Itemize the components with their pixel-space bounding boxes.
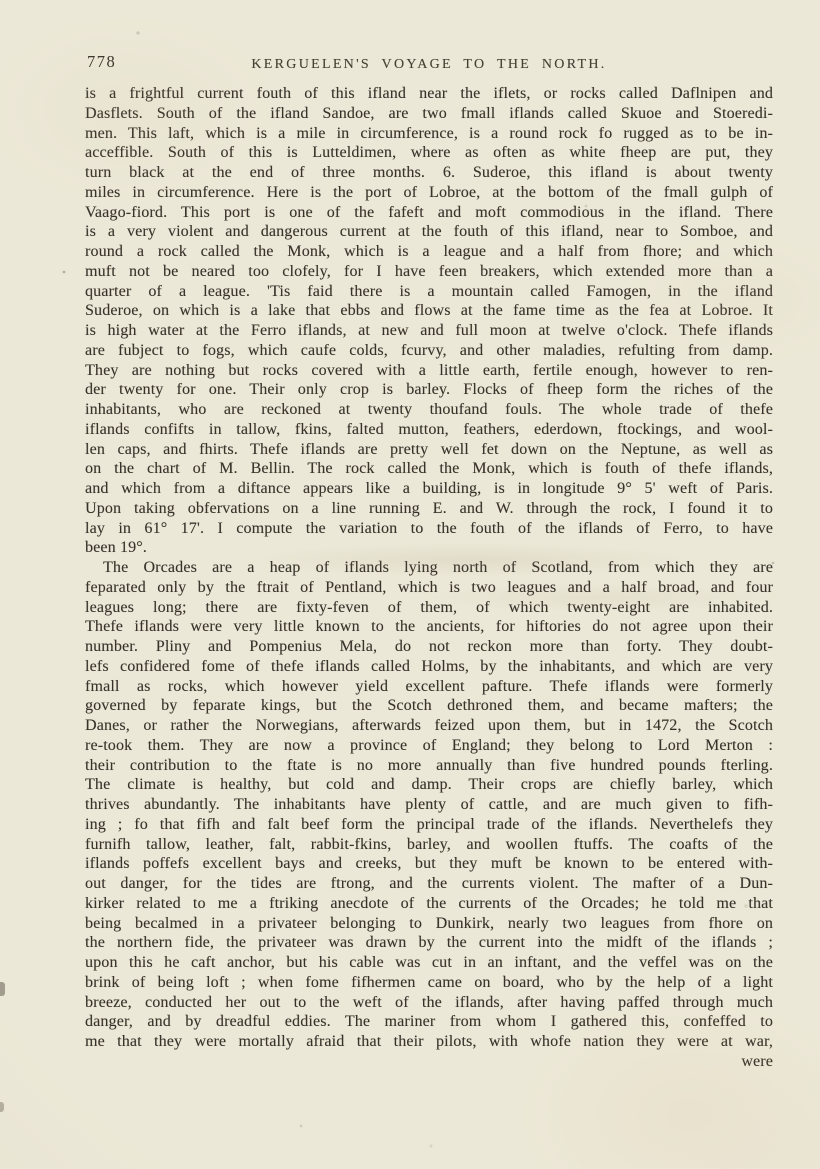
text-line: Thefe iflands were very little known to … bbox=[85, 617, 773, 637]
text-line: danger, and by dreadful eddies. The mari… bbox=[85, 1012, 773, 1032]
text-line: is a frightful current fouth of this ifl… bbox=[85, 84, 773, 104]
text-line: inhabitants, who are reckoned at twenty … bbox=[85, 400, 773, 420]
text-line: thrives abundantly. The inhabitants have… bbox=[85, 795, 773, 815]
text-line: der twenty for one. Their only crop is b… bbox=[85, 380, 773, 400]
text-line: breeze, conducted her out to the weft of… bbox=[85, 993, 773, 1013]
text-line: Dasflets. South of the ifland Sandoe, ar… bbox=[85, 104, 773, 124]
text-line: out danger, for the tides are ftrong, an… bbox=[85, 874, 773, 894]
text-line: turn black at the end of three months. 6… bbox=[85, 163, 773, 183]
text-line: Vaago-fiord. This port is one of the faf… bbox=[85, 203, 773, 223]
text-line: round a rock called the Monk, which is a… bbox=[85, 242, 773, 262]
paragraph-2: The Orcades are a heap of iflands lying … bbox=[85, 558, 773, 1052]
text-line: are fubject to fogs, which caufe colds, … bbox=[85, 341, 773, 361]
text-line: kirker related to me a ftriking anecdote… bbox=[85, 894, 773, 914]
text-line: fmall as rocks, which however yield exce… bbox=[85, 677, 773, 697]
text-line: muft not be neared too clofely, for I ha… bbox=[85, 262, 773, 282]
text-line: They are nothing but rocks covered with … bbox=[85, 361, 773, 381]
text-line: their contribution to the ftate is no mo… bbox=[85, 756, 773, 776]
text-line: re-took them. They are now a province of… bbox=[85, 736, 773, 756]
text-line: the northern fide, the privateer was dra… bbox=[85, 933, 773, 953]
running-title: KERGUELEN'S VOYAGE TO THE NORTH. bbox=[85, 55, 773, 73]
text-line: Danes, or rather the Norwegians, afterwa… bbox=[85, 716, 773, 736]
text-line: iflands confifts in tallow, fkins, falte… bbox=[85, 420, 773, 440]
paragraph-1: is a frightful current fouth of this ifl… bbox=[85, 84, 773, 558]
text-line: Suderoe, on which is a lake that ebbs an… bbox=[85, 301, 773, 321]
text-line: acceffible. South of this is Lutteldimen… bbox=[85, 143, 773, 163]
foxing-specks bbox=[0, 0, 2, 2]
text-line: The Orcades are a heap of iflands lying … bbox=[85, 558, 773, 578]
text-line: is high water at the Ferro iflands, at n… bbox=[85, 321, 773, 341]
text-line: is a very violent and dangerous current … bbox=[85, 222, 773, 242]
text-line: upon this he caft anchor, but his cable … bbox=[85, 953, 773, 973]
catchword: were bbox=[85, 1052, 773, 1072]
text-line: me that they were mortally afraid that t… bbox=[85, 1032, 773, 1052]
text-line: been 19°. bbox=[85, 538, 773, 558]
page-number: 778 bbox=[87, 53, 116, 71]
page-header: 778 KERGUELEN'S VOYAGE TO THE NORTH. bbox=[85, 55, 773, 77]
text-line: number. Pliny and Pompenius Mela, do not… bbox=[85, 637, 773, 657]
text-line: ing ; fo that fifh and falt beef form th… bbox=[85, 815, 773, 835]
text-line: on the chart of M. Bellin. The rock call… bbox=[85, 459, 773, 479]
text-line: iflands poffefs excellent bays and creek… bbox=[85, 854, 773, 874]
text-line: lefs confidered fome of thefe iflands ca… bbox=[85, 657, 773, 677]
text-line: feparated only by the ftrait of Pentland… bbox=[85, 578, 773, 598]
text-line: and which from a diftance appears like a… bbox=[85, 479, 773, 499]
book-page: 778 KERGUELEN'S VOYAGE TO THE NORTH. is … bbox=[0, 0, 820, 1169]
text-line: men. This laft, which is a mile in circu… bbox=[85, 124, 773, 144]
text-line: The climate is healthy, but cold and dam… bbox=[85, 775, 773, 795]
text-line: len caps, and fhirts. Thefe iflands are … bbox=[85, 440, 773, 460]
text-line: being becalmed in a privateer belonging … bbox=[85, 914, 773, 934]
text-line: brink of being loft ; when fome fifherme… bbox=[85, 973, 773, 993]
scan-edge-mark bbox=[0, 982, 5, 996]
text-line: governed by feparate kings, but the Scot… bbox=[85, 696, 773, 716]
scan-edge-mark bbox=[0, 1102, 4, 1112]
text-line: Upon taking obfervations on a line runni… bbox=[85, 499, 773, 519]
text-line: furnifh tallow, leather, falt, rabbit-fk… bbox=[85, 835, 773, 855]
text-line: quarter of a league. 'Tis faid there is … bbox=[85, 282, 773, 302]
text-line: leagues long; there are fixty-feven of t… bbox=[85, 598, 773, 618]
text-block: is a frightful current fouth of this ifl… bbox=[85, 84, 773, 1072]
text-line: miles in circumference. Here is the port… bbox=[85, 183, 773, 203]
text-line: lay in 61° 17'. I compute the variation … bbox=[85, 519, 773, 539]
